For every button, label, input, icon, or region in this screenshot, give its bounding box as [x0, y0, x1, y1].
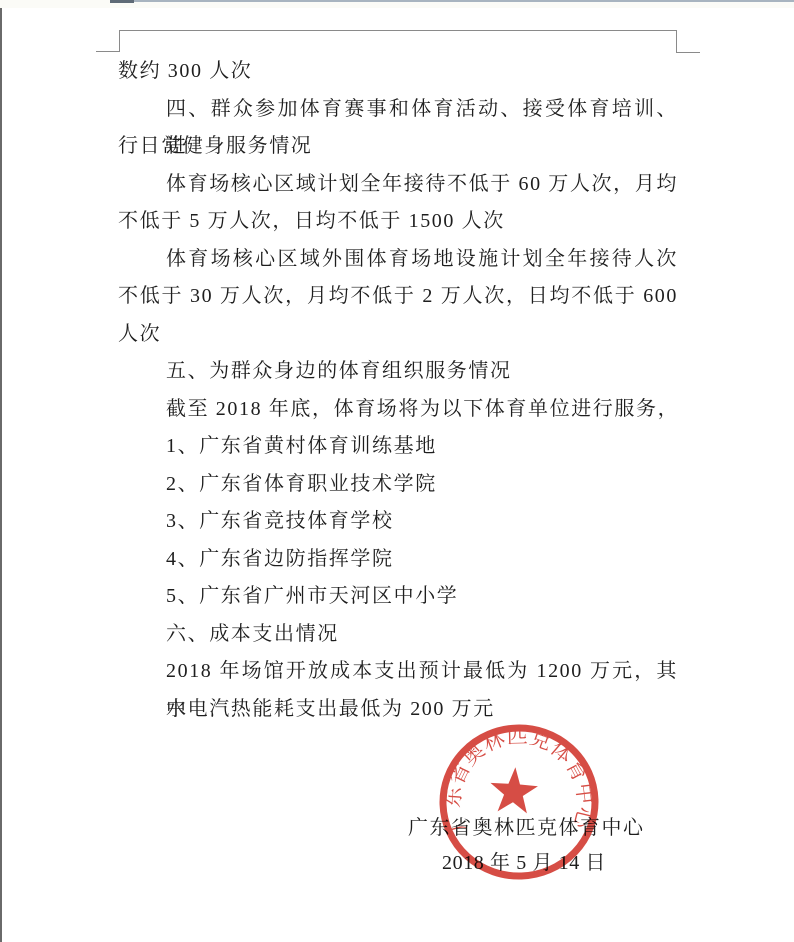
doc-line[interactable]: 数约 300 人次: [118, 53, 678, 91]
doc-line[interactable]: 五、为群众身边的体育组织服务情况: [118, 353, 678, 391]
doc-line[interactable]: 不低于 5 万人次，日均不低于 1500 人次: [118, 203, 678, 241]
text-boundary-right-mark: [676, 52, 700, 53]
document-page: 数约 300 人次 四、群众参加体育赛事和体育活动、接受体育培训、进 行日常健身…: [0, 0, 794, 942]
doc-line[interactable]: 截至 2018 年底，体育场将为以下体育单位进行服务，: [118, 391, 678, 429]
doc-line[interactable]: 体育场核心区域外围体育场地设施计划全年接待人次: [118, 241, 678, 279]
text-boundary-left-mark: [96, 51, 120, 52]
doc-line[interactable]: 体育场核心区域计划全年接待不低于 60 万人次，月均: [118, 166, 678, 204]
page-gap-tick: [110, 0, 134, 3]
official-seal[interactable]: 广东省奥林匹克体育中心: [433, 719, 606, 885]
star-icon: [489, 766, 540, 814]
doc-line[interactable]: 2、广东省体育职业技术学院: [118, 466, 678, 504]
doc-line[interactable]: 行日常健身服务情况: [118, 128, 678, 166]
text-boundary-left-mark: [119, 30, 120, 52]
doc-line[interactable]: 不低于 30 万人次，月均不低于 2 万人次，日均不低于 600: [118, 278, 678, 316]
doc-line[interactable]: 四、群众参加体育赛事和体育活动、接受体育培训、进: [118, 91, 678, 129]
doc-line[interactable]: 2018 年场馆开放成本支出预计最低为 1200 万元，其中: [118, 653, 678, 691]
doc-line[interactable]: 5、广东省广州市天河区中小学: [118, 578, 678, 616]
document-text-area[interactable]: 数约 300 人次 四、群众参加体育赛事和体育活动、接受体育培训、进 行日常健身…: [118, 53, 678, 728]
doc-line[interactable]: 人次: [118, 316, 678, 354]
doc-line[interactable]: 3、广东省竞技体育学校: [118, 503, 678, 541]
text-boundary-top-line: [119, 30, 677, 31]
doc-line[interactable]: 1、广东省黄村体育训练基地: [118, 428, 678, 466]
page-left-edge: [0, 8, 2, 942]
doc-line[interactable]: 六、成本支出情况: [118, 616, 678, 654]
doc-line[interactable]: 4、广东省边防指挥学院: [118, 541, 678, 579]
page-gap-line: [110, 0, 794, 2]
text-boundary-right-mark: [676, 30, 677, 53]
